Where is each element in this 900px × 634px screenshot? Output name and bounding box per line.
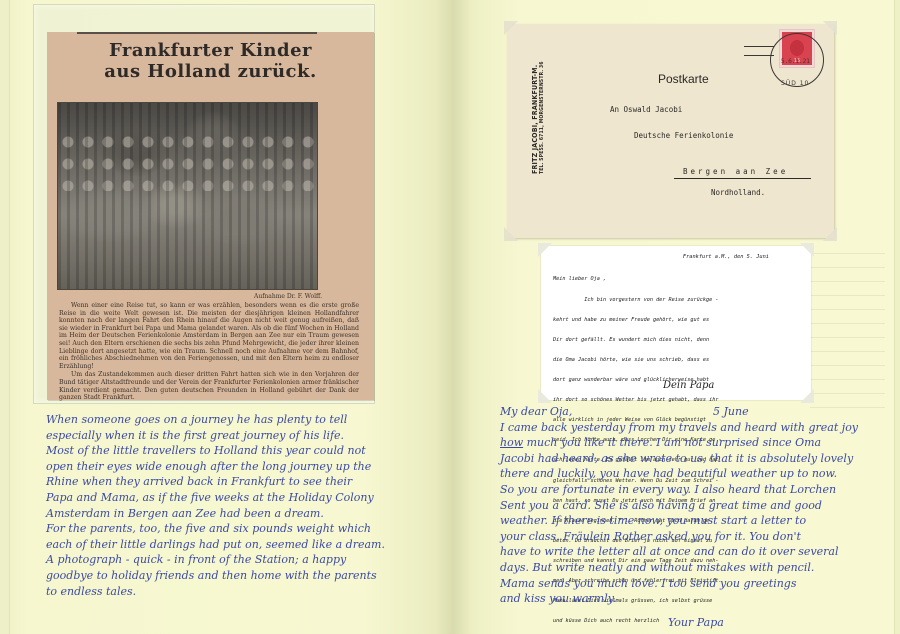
postcard: FRITZ JACOBI, FRANKFURT-M. TEL. SPESS. 6…: [507, 24, 834, 238]
letter-line: die Oma Jacobi hörte, wie sie uns schrie…: [553, 357, 768, 364]
right-handwritten-translation: My dear Oja, 5 June I came back yesterda…: [500, 404, 900, 630]
handwritten-line: each of their little darlings had put on…: [46, 537, 416, 553]
handwritten-line: For the parents, too, the five and six p…: [46, 521, 416, 537]
handwritten-line: to endless tales.: [46, 584, 416, 600]
headline-line-1: Frankfurter Kinder: [47, 40, 374, 61]
underlined-word: how: [500, 436, 523, 449]
address-line: Nordholland.: [711, 188, 765, 197]
page-edge: [0, 0, 10, 634]
handwritten-line: When someone goes on a journey he has pl…: [46, 412, 416, 428]
handwritten-line: and kiss you warmly.: [500, 591, 900, 607]
album-spread: Frankfurter Kinder aus Holland zurück. A…: [0, 0, 900, 634]
handwritten-line: A photograph - quick - in front of the S…: [46, 552, 416, 568]
postmark-sub: SÜD 10: [781, 80, 809, 87]
sender-address: TEL. SPESS. 6711, MORGENSTERNSTR. 36: [539, 61, 545, 174]
handwritten-line: open their eyes wide enough after the lo…: [46, 459, 416, 475]
postmark-date: 5.6.1.21: [781, 58, 810, 65]
photo-corner: [504, 21, 518, 35]
article-paragraph: Um das Zustandekommen auch dieser dritte…: [59, 371, 359, 401]
typed-letter: Frankfurt a.M., den 5. Juni Mein lieber …: [541, 246, 811, 400]
letter-line: Ich bin vorgestern von der Reise zurückg…: [553, 297, 768, 304]
handwritten-signature: Your Papa: [500, 615, 900, 631]
handwritten-line: Jacobi had heard, as she wrote to us, th…: [500, 451, 900, 467]
handwritten-line: your class. Fräulein Rother asked you fo…: [500, 529, 900, 545]
handwritten-line: Papa and Mama, as if the five weeks at t…: [46, 490, 416, 506]
postcard-title: Postkarte: [658, 72, 709, 86]
left-handwritten-translation: When someone goes on a journey he has pl…: [46, 412, 416, 599]
letter-signature: Dein Papa: [663, 380, 714, 391]
clipping-top-rule: [77, 32, 317, 34]
group-photo: [57, 102, 318, 290]
article-paragraph: Wenn einer eine Reise tut, so kann er wa…: [59, 302, 359, 370]
photo-corner: [538, 243, 552, 257]
postmark: 5.6.1.21 SÜD 10: [770, 33, 824, 87]
handwritten-line: especially when it is the first great jo…: [46, 428, 416, 444]
photo-halftone: [58, 103, 317, 289]
handwritten-line: weather. If there is time now, you must …: [500, 513, 900, 529]
handwritten-line: Sent you a card. She is also having a gr…: [500, 498, 900, 514]
handwritten-line: days. But write neatly and without mista…: [500, 560, 900, 576]
handwritten-date: 5 June: [713, 404, 749, 420]
handwritten-line: Amsterdam in Bergen aan Zee had been a d…: [46, 506, 416, 522]
handwritten-line: Mama sends you much love. I too send you…: [500, 576, 900, 592]
sender-name: FRITZ JACOBI, FRANKFURT-M.: [532, 61, 539, 174]
address-line: Bergen aan Zee: [683, 167, 788, 176]
letter-line: Dir dort gefällt. Es wundert mich dies n…: [553, 337, 768, 344]
address-line: Deutsche Ferienkolonie: [634, 131, 733, 140]
address-line: An Oswald Jacobi: [610, 105, 682, 114]
sender-imprint: FRITZ JACOBI, FRANKFURT-M. TEL. SPESS. 6…: [532, 61, 545, 174]
letter-line: ihr dort so schönes Wetter bis jetzt geh…: [553, 397, 768, 404]
clipping-headline: Frankfurter Kinder aus Holland zurück.: [47, 40, 374, 82]
handwritten-line: Rhine when they arrived back in Frankfur…: [46, 474, 416, 490]
letter-line: kehrt und habe zu meiner Freude gehört, …: [553, 317, 768, 324]
greeting: My dear Oja,: [500, 405, 572, 418]
newspaper-clipping: Frankfurter Kinder aus Holland zurück. A…: [47, 32, 374, 400]
facing-page-show-through: [810, 240, 885, 410]
handwritten-line: goodbye to holiday friends and then home…: [46, 568, 416, 584]
letter-date: Frankfurt a.M., den 5. Juni: [683, 254, 769, 260]
handwritten-line: So you are fortunate in every way. I als…: [500, 482, 900, 498]
letter-line: Mein lieber Oja ,: [553, 276, 768, 283]
photo-credit: Aufnahme Dr. F. Wolff.: [254, 293, 322, 300]
handwritten-line: I came back yesterday from my travels an…: [500, 420, 900, 436]
handwritten-line: have to write the letter all at once and…: [500, 544, 900, 560]
photo-corner: [823, 21, 837, 35]
handwritten-line: how much you like it there. I am not sur…: [500, 435, 900, 451]
photo-corner: [800, 243, 814, 257]
address-underline: [674, 178, 811, 179]
headline-line-2: aus Holland zurück.: [47, 61, 374, 82]
handwritten-header: My dear Oja, 5 June: [500, 404, 900, 420]
handwritten-line: there and luckily, you have had beautifu…: [500, 466, 900, 482]
clipping-article: Wenn einer eine Reise tut, so kann er wa…: [59, 302, 359, 403]
letter-line: dort ganz wunderbar wäre und glücklicher…: [553, 377, 768, 384]
handwritten-line: Most of the little travellers to Holland…: [46, 443, 416, 459]
